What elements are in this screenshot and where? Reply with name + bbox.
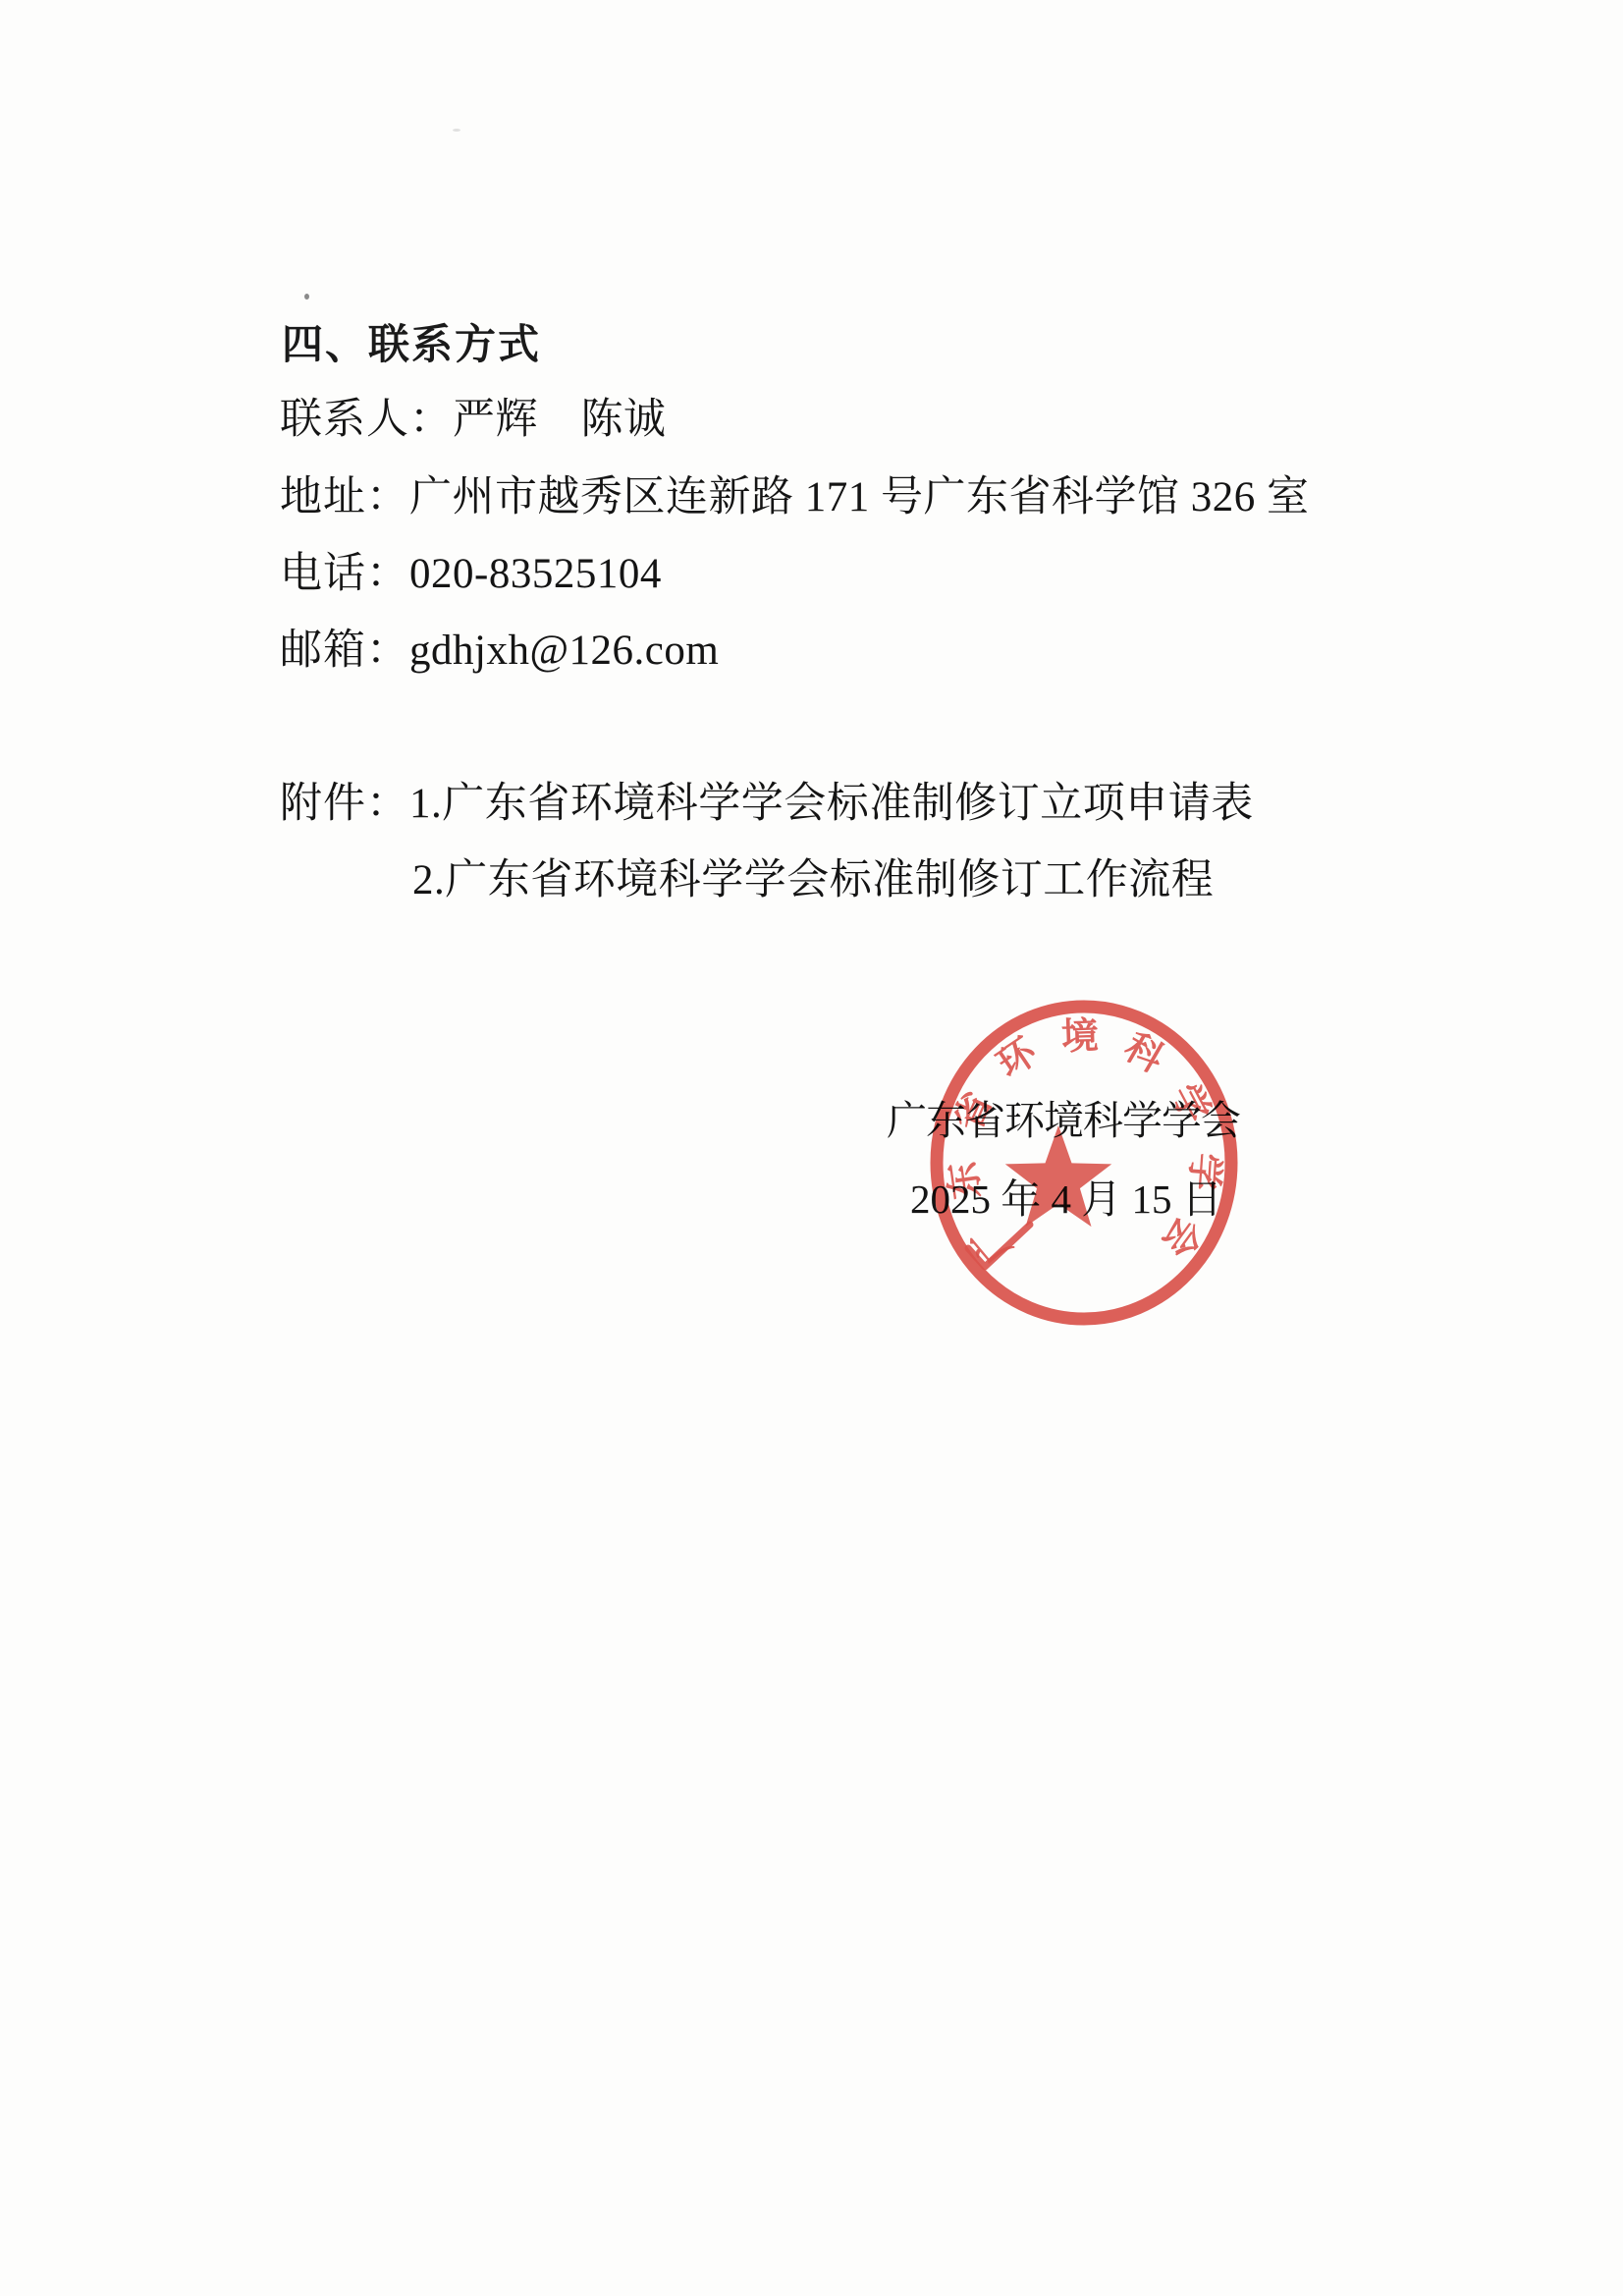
official-seal: 广 东 省 环 境 科 学 学 会: [903, 972, 1306, 1365]
phone-label: 电话：: [280, 551, 409, 597]
address-value: 广州市越秀区连新路 171 号广东省科学馆 326 室: [409, 474, 1310, 520]
email-row: 邮箱：gdhjxh@126.com: [280, 628, 719, 675]
contact-person-row: 联系人：严辉 陈诚: [280, 397, 667, 444]
attachments-label: 附件：: [280, 781, 409, 827]
attachment-item-1: 1.广东省环境科学学会标准制修订立项申请表: [409, 781, 1254, 827]
email-value: gdhjxh@126.com: [409, 628, 719, 674]
scan-speck: [453, 129, 460, 132]
section-heading: 四、联系方式: [282, 322, 541, 367]
contact-person-value: 严辉 陈诚: [453, 397, 667, 443]
phone-row: 电话：020-83525104: [280, 551, 662, 598]
attachments-row-1: 附件：1.广东省环境科学学会标准制修订立项申请表: [280, 781, 1254, 828]
seal-star-icon: [1005, 1125, 1111, 1227]
seal-group: 广 东 省 环 境 科 学 学 会: [937, 1007, 1231, 1319]
phone-value: 020-83525104: [409, 551, 662, 597]
seal-char: 境: [1060, 1015, 1099, 1058]
seal-char: 东: [943, 1159, 989, 1201]
attachment-item-2: 2.广东省环境科学学会标准制修订工作流程: [412, 857, 1214, 903]
email-label: 邮箱：: [280, 628, 409, 674]
address-label: 地址：: [280, 474, 409, 520]
seal-char: 学: [1182, 1152, 1226, 1192]
address-row: 地址：广州市越秀区连新路 171 号广东省科学馆 326 室: [280, 474, 1310, 521]
contact-person-label: 联系人：: [280, 397, 453, 443]
attachments-row-2: 2.广东省环境科学学会标准制修订工作流程: [412, 857, 1214, 904]
document-page: 四、联系方式 联系人：严辉 陈诚 地址：广州市越秀区连新路 171 号广东省科学…: [0, 0, 1623, 2296]
scan-speck: [304, 294, 309, 300]
